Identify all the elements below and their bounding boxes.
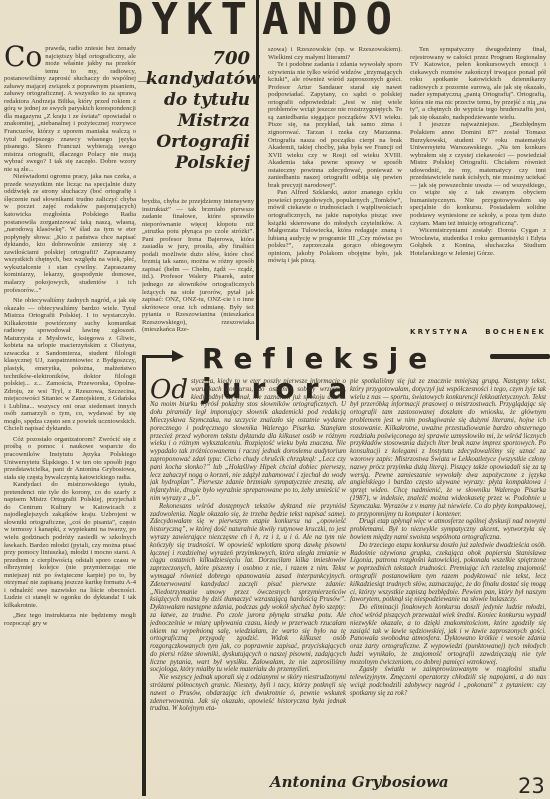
paragraph: Te i podobne zadania i zdania wywołały s… (268, 61, 402, 189)
paragraph: Do trzeciego etapu konkursu doszło już z… (350, 542, 546, 604)
article1-column3: szowa) i Rzeszowskie (np. w Rzeszowskiem… (268, 46, 402, 336)
paragraph: Drugi etap upłynął więc w atmosferze ogó… (350, 518, 546, 541)
paragraph: Wicemistrzyniami zostały: Dorota Cygan z… (410, 227, 546, 257)
paragraph: I jeszcze najważniejsze. „Bezbłędnym Pol… (410, 121, 546, 227)
article1-column4: Ten sympatyczny dwugodzinny finał, rejes… (410, 46, 546, 326)
byline-first-name: KRYSTYNA (410, 328, 469, 336)
masthead-right: ANDO (262, 0, 400, 40)
paragraph: brydża, chyba że przejdziemy intensywny … (142, 198, 254, 334)
paragraph: szowa) i Rzeszowskie (np. w Rzeszowskiem… (268, 46, 402, 61)
paragraph: Do eliminacji finałowych konkursu doszli… (350, 604, 546, 666)
byline-last-name: BOCHENEK (485, 328, 546, 336)
paragraph: pie spotkaliśmy się już ze znacznie mnie… (350, 378, 546, 518)
paragraph: Pan Alfred Szklarski, autor znanego cykl… (268, 189, 402, 264)
headline-line: do tytułu (146, 90, 250, 111)
paragraph: Cóż pozostało organizatorom? Zwrócić się… (4, 436, 136, 481)
paragraph: Rekonesans wśród dostępnych tekstów dykt… (150, 503, 346, 675)
paragraph: „Bez tego instruktarza nie będziemy mogl… (4, 612, 136, 627)
headline-line: Polskiej (146, 153, 250, 174)
masthead: DYKT ANDO (0, 0, 550, 40)
headline-line: Mistrza (146, 111, 250, 132)
paragraph: Kandydaci do mistrzowskiego tytułu, pret… (4, 481, 136, 609)
vertical-rule (256, 0, 259, 340)
headline-number: 700 (146, 48, 250, 69)
headline-line: Ortografii (146, 132, 250, 153)
paragraph: Zgasły światła w zaimprowizowanym w rozg… (350, 666, 546, 697)
masthead-left: DYKT (117, 0, 255, 40)
byline-bochenek: KRYSTYNA BOCHENEK (410, 328, 546, 336)
headline-line: kandydatów (146, 69, 250, 90)
newspaper-page: DYKT ANDO Co prawda, radio zniesie bez ż… (0, 0, 550, 799)
author-signature: Antonina Grybosiowa (270, 773, 449, 791)
paragraph: Ten sympatyczny dwugodzinny finał, rejes… (410, 46, 546, 121)
decorative-bar (490, 354, 550, 359)
paragraph: Nie obiecywaliśmy żadnych nagród, a jak … (4, 297, 136, 433)
side-headline: 700 kandydatów do tytułu Mistrza Ortogra… (146, 48, 250, 174)
article2-column1: Od stycznia, kiedy to w eter poszły pier… (150, 378, 346, 770)
arrow-icon (142, 350, 184, 362)
article2-column2: pie spotkaliśmy się już ze znacznie mnie… (350, 378, 546, 770)
page-number: 23 (518, 774, 545, 798)
dropcap: Co (4, 46, 42, 68)
article1-column1: Co prawda, radio zniesie bez żenady najc… (4, 45, 136, 790)
paragraph: Nie wszyscy jednak uporali się z odziany… (150, 674, 346, 713)
article1-column2: brydża, chyba że przejdziemy intensywny … (142, 198, 254, 338)
dropcap: Od (150, 379, 188, 401)
paragraph: Nieświadomi ogromu pracy, jaka nas czeka… (4, 173, 136, 294)
frame-bar (142, 356, 146, 796)
